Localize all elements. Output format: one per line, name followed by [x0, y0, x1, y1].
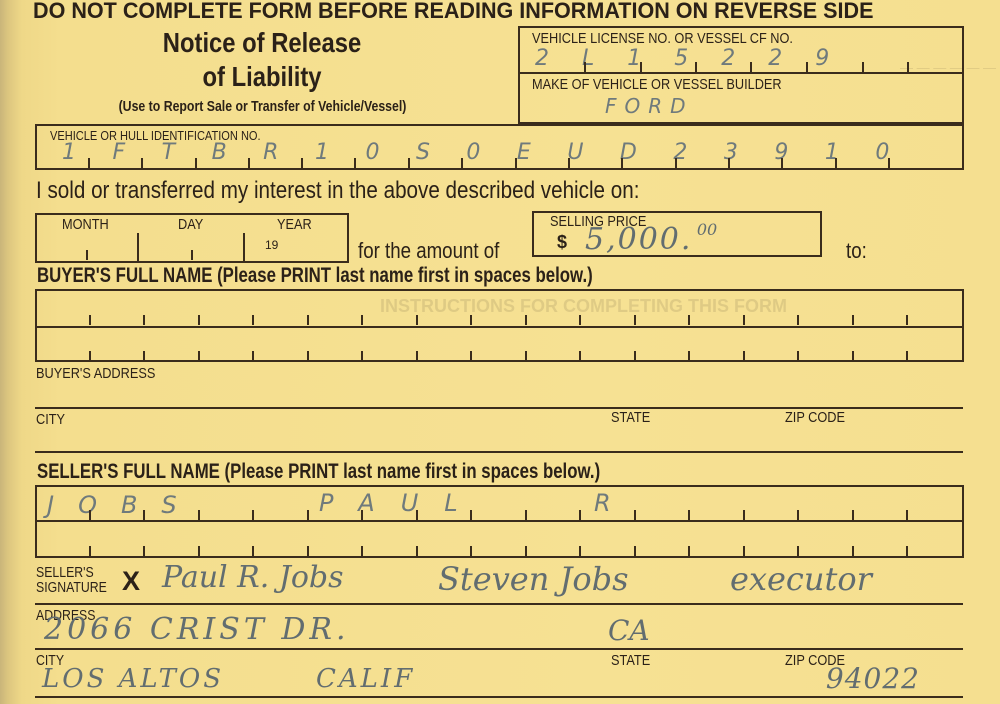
to-text: to: [846, 238, 870, 264]
tick [781, 158, 783, 168]
tick [307, 315, 309, 325]
tick [143, 546, 145, 556]
tick [461, 158, 463, 168]
tick [579, 315, 581, 325]
tick [568, 158, 570, 168]
tick [252, 315, 254, 325]
divider [518, 72, 964, 74]
tick [634, 315, 636, 325]
tick [579, 510, 581, 520]
tick [525, 315, 527, 325]
tick [252, 351, 254, 361]
tick [141, 158, 143, 168]
tick [634, 510, 636, 520]
form-title: Notice of Release of Liability [92, 26, 432, 94]
selling-price-cents: 00 [697, 220, 717, 239]
tick [695, 62, 697, 72]
selling-price-value: 5,000. [585, 222, 692, 257]
form-paper: — — — — — — INSTRUCTIONS FOR COMPLETING … [0, 0, 1000, 704]
tick [525, 510, 527, 520]
year-field[interactable] [282, 232, 346, 260]
tick [525, 351, 527, 361]
tick [806, 62, 808, 72]
day-field[interactable] [140, 232, 242, 260]
tick [515, 158, 517, 168]
buyer-city-label: CITY [36, 411, 70, 429]
seller-signature-label: SELLER'S SIGNATURE [36, 565, 122, 595]
tick [688, 546, 690, 556]
tick [634, 351, 636, 361]
buyer-zip-label: ZIP CODE [785, 409, 856, 427]
seller-address-state-note: CA [608, 614, 650, 647]
tick [579, 351, 581, 361]
tick [470, 315, 472, 325]
tick [675, 158, 677, 168]
tick [252, 510, 254, 520]
tick [416, 546, 418, 556]
transfer-statement: I sold or transferred my interest in the… [36, 177, 738, 205]
tick [307, 546, 309, 556]
seller-city-state-value: CALIF [316, 664, 415, 694]
buyer-address-field[interactable] [36, 382, 962, 406]
tick [252, 546, 254, 556]
seller-first-name: PAUL [319, 489, 484, 517]
seller-zip-value: 94022 [826, 662, 920, 695]
tick [361, 546, 363, 556]
tick [688, 315, 690, 325]
tick [728, 158, 730, 168]
buyer-zip-field[interactable] [785, 428, 961, 450]
title-line-1: Notice of Release [118, 26, 407, 60]
seller-signature-value: Paul R. Jobs [162, 560, 344, 595]
tick [416, 351, 418, 361]
tick [688, 351, 690, 361]
divider [137, 233, 139, 263]
tick [852, 351, 854, 361]
tick [248, 158, 250, 168]
tick [470, 510, 472, 520]
tick [143, 510, 145, 520]
divider [35, 603, 963, 605]
buyer-city-field[interactable] [36, 428, 596, 450]
tick [143, 351, 145, 361]
tick [408, 158, 410, 168]
form-subtitle: (Use to Report Sale or Transfer of Vehic… [62, 98, 462, 116]
tick [470, 351, 472, 361]
tick [888, 158, 890, 168]
tick [750, 62, 752, 72]
buyer-address-label: BUYER'S ADDRESS [36, 365, 176, 383]
seller-last-name: JOBS [47, 491, 201, 519]
make-label: MAKE OF VEHICLE OR VESSEL BUILDER [532, 76, 826, 94]
tick [835, 158, 837, 168]
tick [907, 62, 909, 72]
tick [862, 62, 864, 72]
vin-field[interactable]: 1FTBR10S0EUD23910 [62, 140, 926, 165]
divider [35, 648, 963, 650]
tick [743, 351, 745, 361]
tick [89, 510, 91, 520]
tick [743, 315, 745, 325]
year-prefix: 19 [265, 236, 278, 254]
tick [354, 158, 356, 168]
tick [89, 351, 91, 361]
tick [797, 351, 799, 361]
make-value: FORD [605, 94, 694, 118]
tick [797, 315, 799, 325]
buyer-state-label: STATE [611, 409, 657, 427]
tick [906, 546, 908, 556]
tick [579, 546, 581, 556]
buyer-name-heading: BUYER'S FULL NAME (Please PRINT last nam… [37, 264, 732, 288]
tick [621, 158, 623, 168]
amount-text: for the amount of [358, 238, 524, 264]
tick [307, 351, 309, 361]
tick [198, 546, 200, 556]
tick [416, 315, 418, 325]
title-line-2: of Liability [118, 60, 407, 94]
tick [195, 158, 197, 168]
tick [143, 315, 145, 325]
seller-name-field-row2[interactable] [37, 522, 962, 556]
make-field[interactable]: FORD [605, 94, 694, 118]
signature-x-mark: X [122, 566, 140, 597]
tick [361, 315, 363, 325]
tick [198, 315, 200, 325]
tick [906, 351, 908, 361]
buyer-name-field-row1[interactable] [37, 291, 962, 325]
tick [906, 510, 908, 520]
tick [198, 510, 200, 520]
tick [852, 510, 854, 520]
tick [688, 510, 690, 520]
executor-title-value: executor [730, 560, 872, 598]
tick [743, 546, 745, 556]
seller-address-field[interactable]: 2066 CRIST DR. CA [36, 612, 962, 648]
seller-signature-field[interactable]: Paul R. Jobs Steven Jobs executor [150, 560, 962, 602]
vin-value: 1FTBR10S0EUD23910 [62, 140, 926, 165]
buyer-state-field[interactable] [611, 428, 771, 450]
tick [906, 315, 908, 325]
month-field[interactable] [38, 232, 136, 260]
currency-symbol: $ [557, 232, 567, 253]
tick [743, 510, 745, 520]
tick [852, 315, 854, 325]
seller-middle-initial: R [594, 489, 631, 517]
tick [634, 546, 636, 556]
tick [797, 546, 799, 556]
divider [35, 451, 963, 453]
seller-name-heading: SELLER'S FULL NAME (Please PRINT last na… [37, 460, 741, 484]
seller-zip-field[interactable]: 94022 [785, 664, 961, 694]
tick [361, 510, 363, 520]
tick [361, 351, 363, 361]
tick [89, 315, 91, 325]
tick [307, 510, 309, 520]
warning-header: DO NOT COMPLETE FORM BEFORE READING INFO… [33, 0, 891, 24]
buyer-name-field-row2[interactable] [37, 328, 962, 360]
tick [584, 62, 586, 72]
tick [852, 546, 854, 556]
warning-header-text: DO NOT COMPLETE FORM BEFORE READING INFO… [33, 0, 873, 24]
executor-signature-value: Steven Jobs [438, 560, 629, 598]
divider [243, 233, 245, 263]
tick [198, 351, 200, 361]
seller-name-field-row1[interactable]: JOBS PAUL R [37, 487, 962, 519]
tick [797, 510, 799, 520]
tick [416, 510, 418, 520]
tick [525, 546, 527, 556]
tick [301, 158, 303, 168]
tick [88, 158, 90, 168]
tick [470, 546, 472, 556]
seller-address-value: 2066 CRIST DR. [44, 612, 350, 647]
tick [89, 546, 91, 556]
tick [640, 62, 642, 72]
seller-city-value: LOS ALTOS [42, 664, 224, 694]
seller-state-field[interactable] [611, 664, 771, 694]
divider [35, 696, 963, 698]
seller-city-field[interactable]: LOS ALTOS CALIF [36, 664, 596, 694]
selling-price-field[interactable]: 5,000. 00 [585, 222, 717, 257]
